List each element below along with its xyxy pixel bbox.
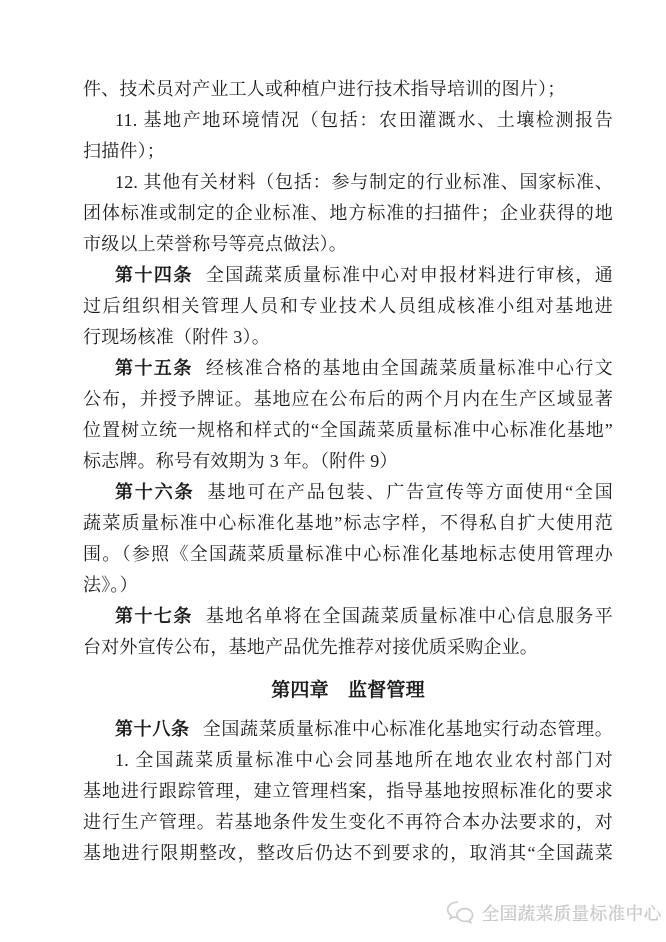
document-line: 第十八条全国蔬菜质量标准中心标准化基地实行动态管理。	[83, 714, 613, 745]
document-line: 围。（参照《全国蔬菜质量标准中心标准化基地标志使用管理办	[83, 539, 613, 570]
document-content: 件、技术员对产业工人或种植户进行技术指导培训的图片）；11. 基地产地环境情况（…	[83, 74, 613, 869]
document-line: 基地进行限期整改，整改后仍达不到要求的，取消其“全国蔬菜	[83, 838, 613, 869]
watermark-text: 全国蔬菜质量标准中心	[482, 901, 662, 926]
article-number: 第十六条	[115, 482, 194, 502]
document-line: 第十四条全国蔬菜质量标准中心对申报材料进行审核，通	[83, 260, 613, 291]
watermark: 全国蔬菜质量标准中心	[446, 897, 662, 929]
document-line: 扫描件）；	[83, 136, 613, 167]
chapter-heading: 第四章 监督管理	[83, 675, 613, 706]
document-line: 过后组织相关管理人员和专业技术人员组成核准小组对基地进	[83, 291, 613, 322]
document-line: 基地进行跟踪管理，建立管理档案，指导基地按照标准化的要求	[83, 776, 613, 807]
document-line: 标志牌。称号有效期为 3 年。（附件 9）	[83, 446, 613, 477]
article-number: 第十七条	[115, 606, 193, 626]
document-line: 公布，并授予牌证。基地应在公布后的两个月内在生产区域显著	[83, 384, 613, 415]
document-line: 法》。）	[83, 570, 613, 601]
document-line: 团体标准或制定的企业标准、地方标准的扫描件；企业获得的地	[83, 198, 613, 229]
article-number: 第十五条	[115, 358, 193, 378]
document-line: 台对外宣传公布，基地产品优先推荐对接优质采购企业。	[83, 632, 613, 663]
document-line: 位置树立统一规格和样式的“全国蔬菜质量标准中心标准化基地”	[83, 415, 613, 446]
document-line: 行现场核准（附件 3）。	[83, 322, 613, 353]
article-number: 第十八条	[115, 719, 190, 739]
document-line: 第十六条基地可在产品包装、广告宣传等方面使用“全国	[83, 477, 613, 508]
document-line: 12. 其他有关材料（包括：参与制定的行业标准、国家标准、	[83, 167, 613, 198]
document-page: 件、技术员对产业工人或种植户进行技术指导培训的图片）；11. 基地产地环境情况（…	[0, 0, 666, 942]
document-line: 第十七条基地名单将在全国蔬菜质量标准中心信息服务平	[83, 601, 613, 632]
document-line: 1. 全国蔬菜质量标准中心会同基地所在地农业农村部门对	[83, 745, 613, 776]
document-line: 市级以上荣誉称号等亮点做法）。	[83, 229, 613, 260]
article-number: 第十四条	[115, 265, 193, 285]
document-line: 第十五条经核准合格的基地由全国蔬菜质量标准中心行文	[83, 353, 613, 384]
document-line: 进行生产管理。若基地条件发生变化不再符合本办法要求的，对	[83, 807, 613, 838]
document-line: 11. 基地产地环境情况（包括：农田灌溉水、土壤检测报告	[83, 105, 613, 136]
document-line: 蔬菜质量标准中心标准化基地”标志字样，不得私自扩大使用范	[83, 508, 613, 539]
wechat-icon	[446, 900, 476, 927]
document-line: 件、技术员对产业工人或种植户进行技术指导培训的图片）；	[83, 74, 613, 105]
